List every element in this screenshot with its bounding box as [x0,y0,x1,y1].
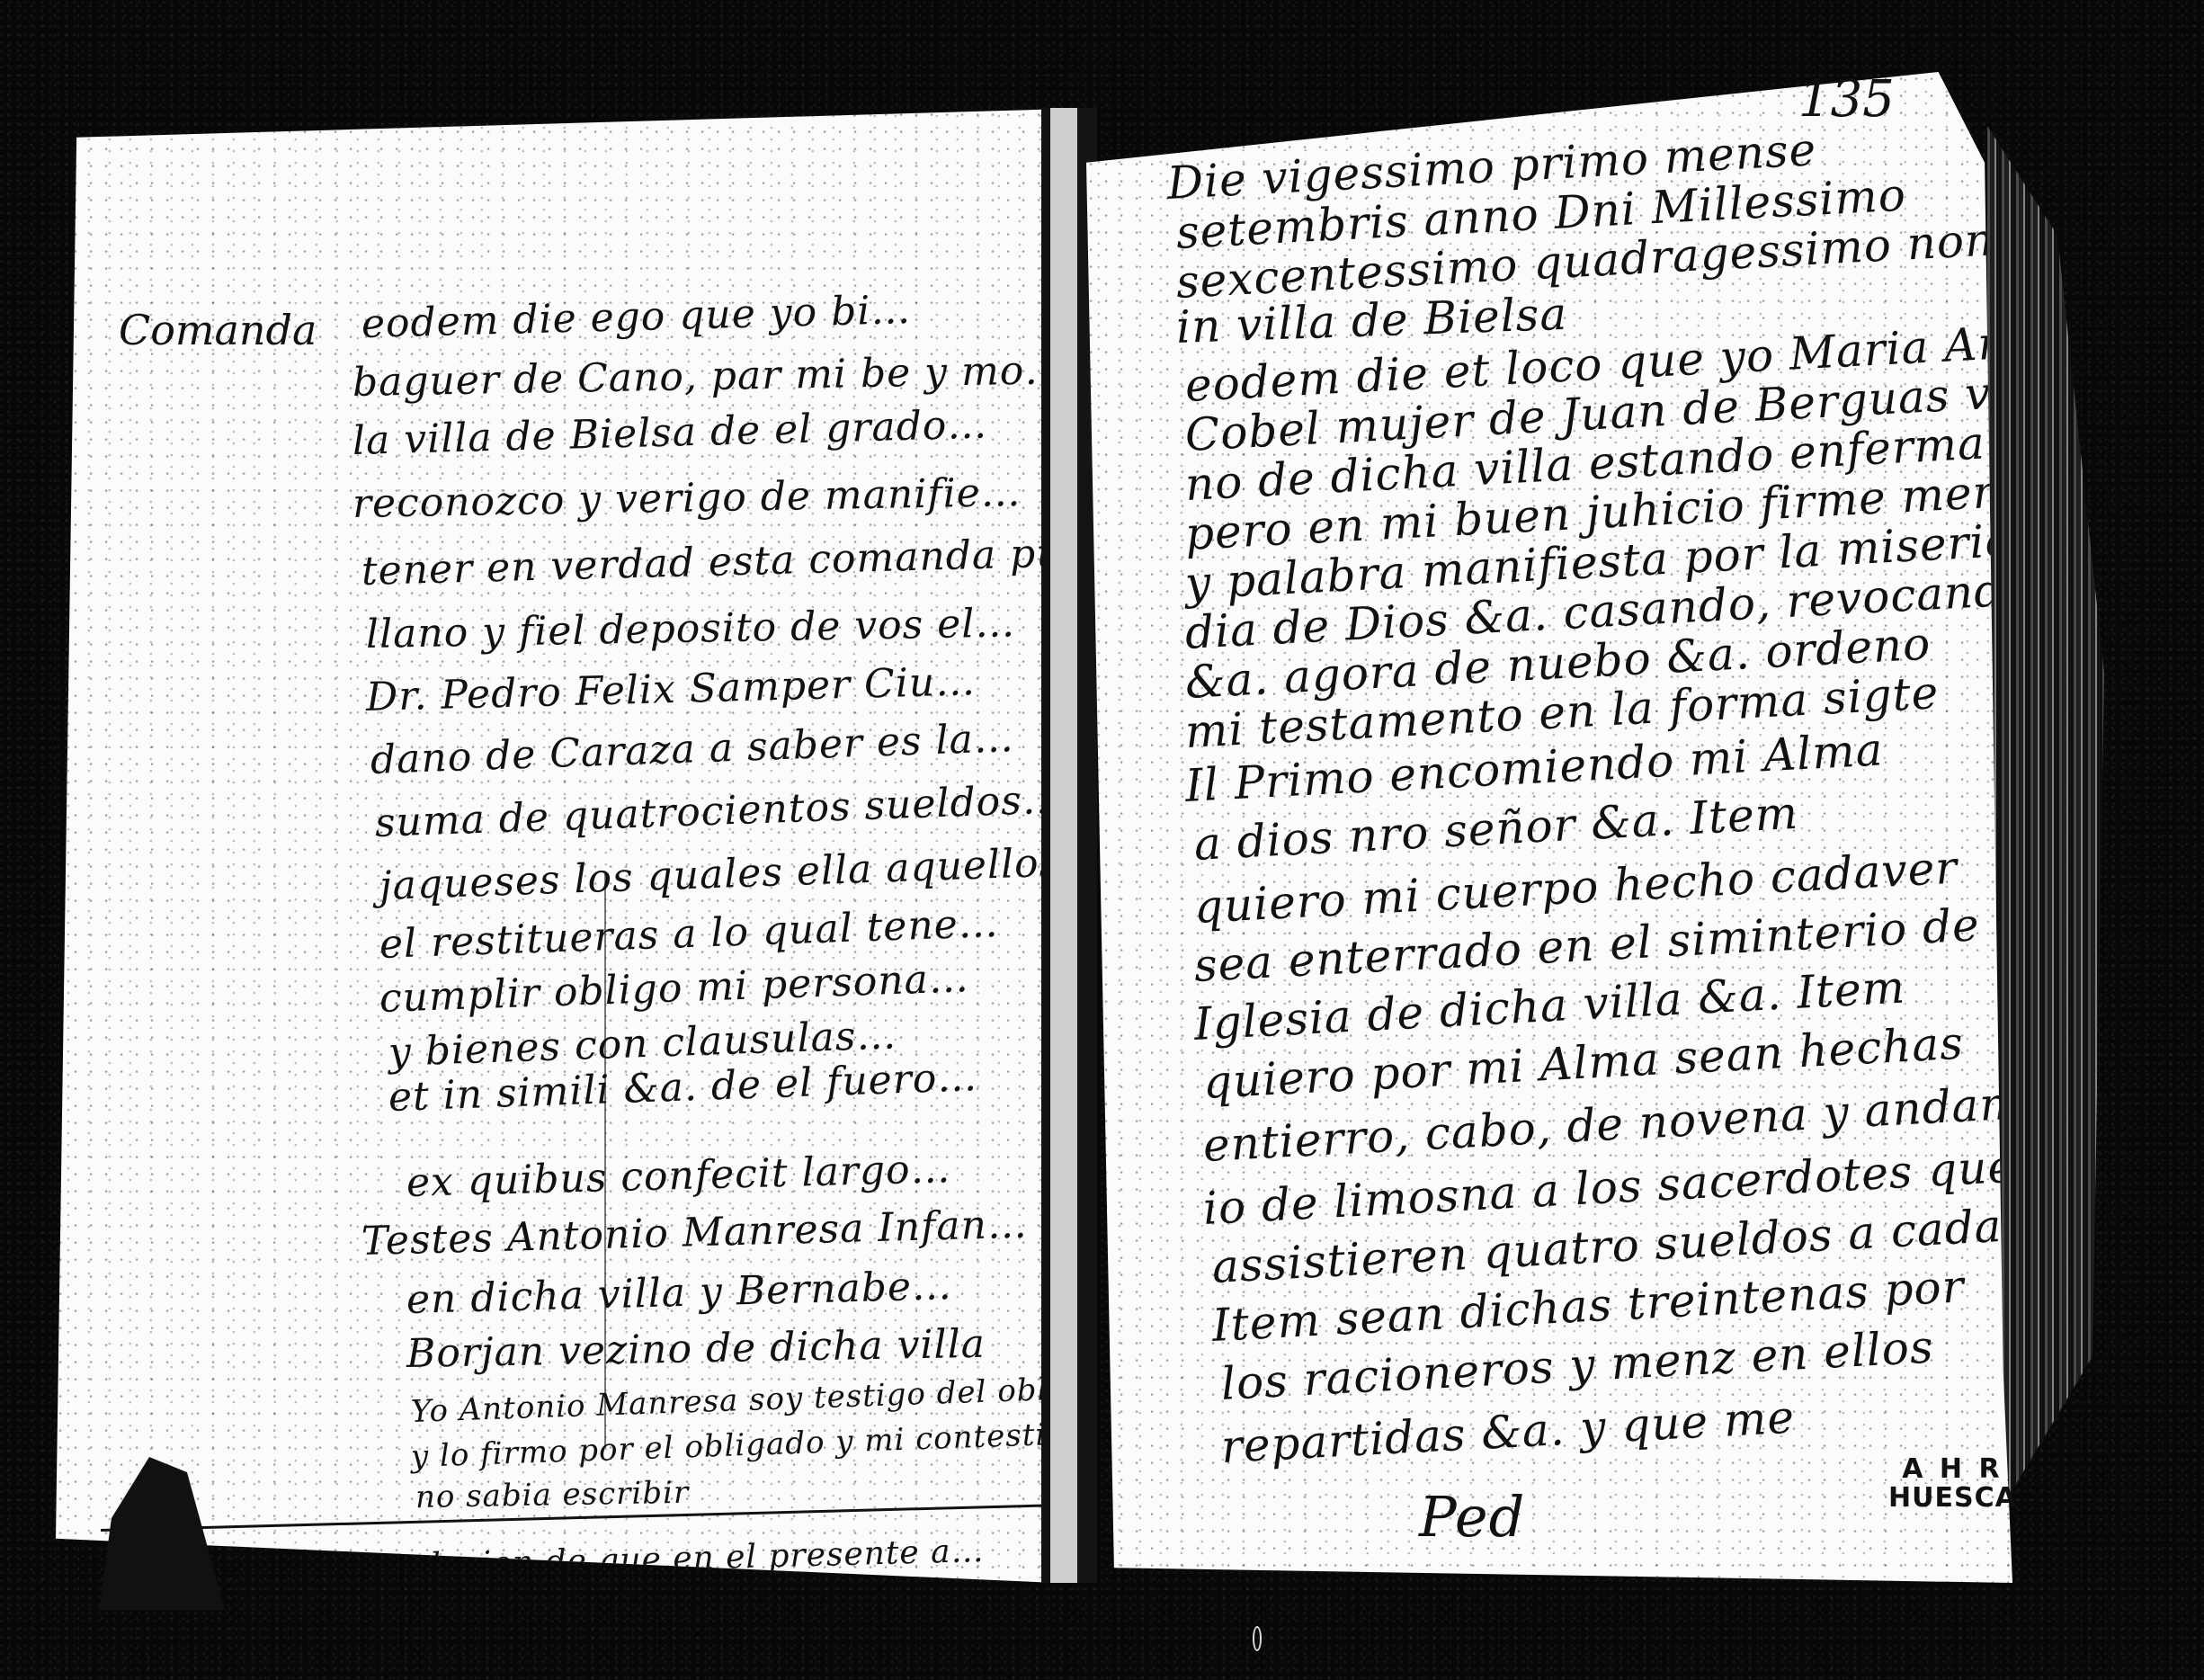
manuscript-line: eodem die ego que yo bi… [361,287,912,347]
archive-stamp: A H R HUESCA [1888,1455,2017,1512]
left-page: Comanda eodem die ego que yo bi… baguer … [56,108,1097,1583]
stamp-line-huesca: HUESCA [1888,1484,2017,1513]
manuscript-line: ex quibus confecit largo… [406,1146,951,1206]
manuscript-line: en dicha villa y Bernabe… [406,1263,952,1323]
margin-heading-comanda: Comanda [119,306,317,354]
manuscript-line: Dr. Pedro Felix Samper Ciu… [365,658,976,720]
manuscript-line: la villa de Bielsa de el grado… [352,402,988,464]
manuscript-line: jaqueses los quales ella aquellos… [379,838,1102,909]
manuscript-line: suma de quatrocientos sueldos… [374,776,1063,846]
signature-ped: Ped [1419,1484,1525,1550]
manuscript-line: llano y fiel deposito de vos el… [366,600,1016,657]
manuscript-line: tener en verdad esta comanda pur… [361,529,1123,594]
stamp-line-ahr: A H R [1888,1455,2017,1484]
manuscript-line: Testes Antonio Manresa Infan… [361,1202,1028,1264]
manuscript-line: no sabia escribir [415,1475,690,1515]
manuscript-line: Borjan vezino de dicha villa [406,1321,986,1377]
book-gutter [1041,108,1097,1583]
bottom-center-mark [1253,1626,1262,1651]
right-page: Die vigessimo primo mense setembris anno… [1086,72,2012,1583]
manuscript-line: baguer de Cano, par mi be y mo… [352,347,1066,406]
manuscript-line: reconozco y verigo de manifie… [352,469,1022,527]
folio-number: 135 [1798,70,1895,129]
manuscript-line: dano de Caraza a saber es la… [370,715,1014,783]
